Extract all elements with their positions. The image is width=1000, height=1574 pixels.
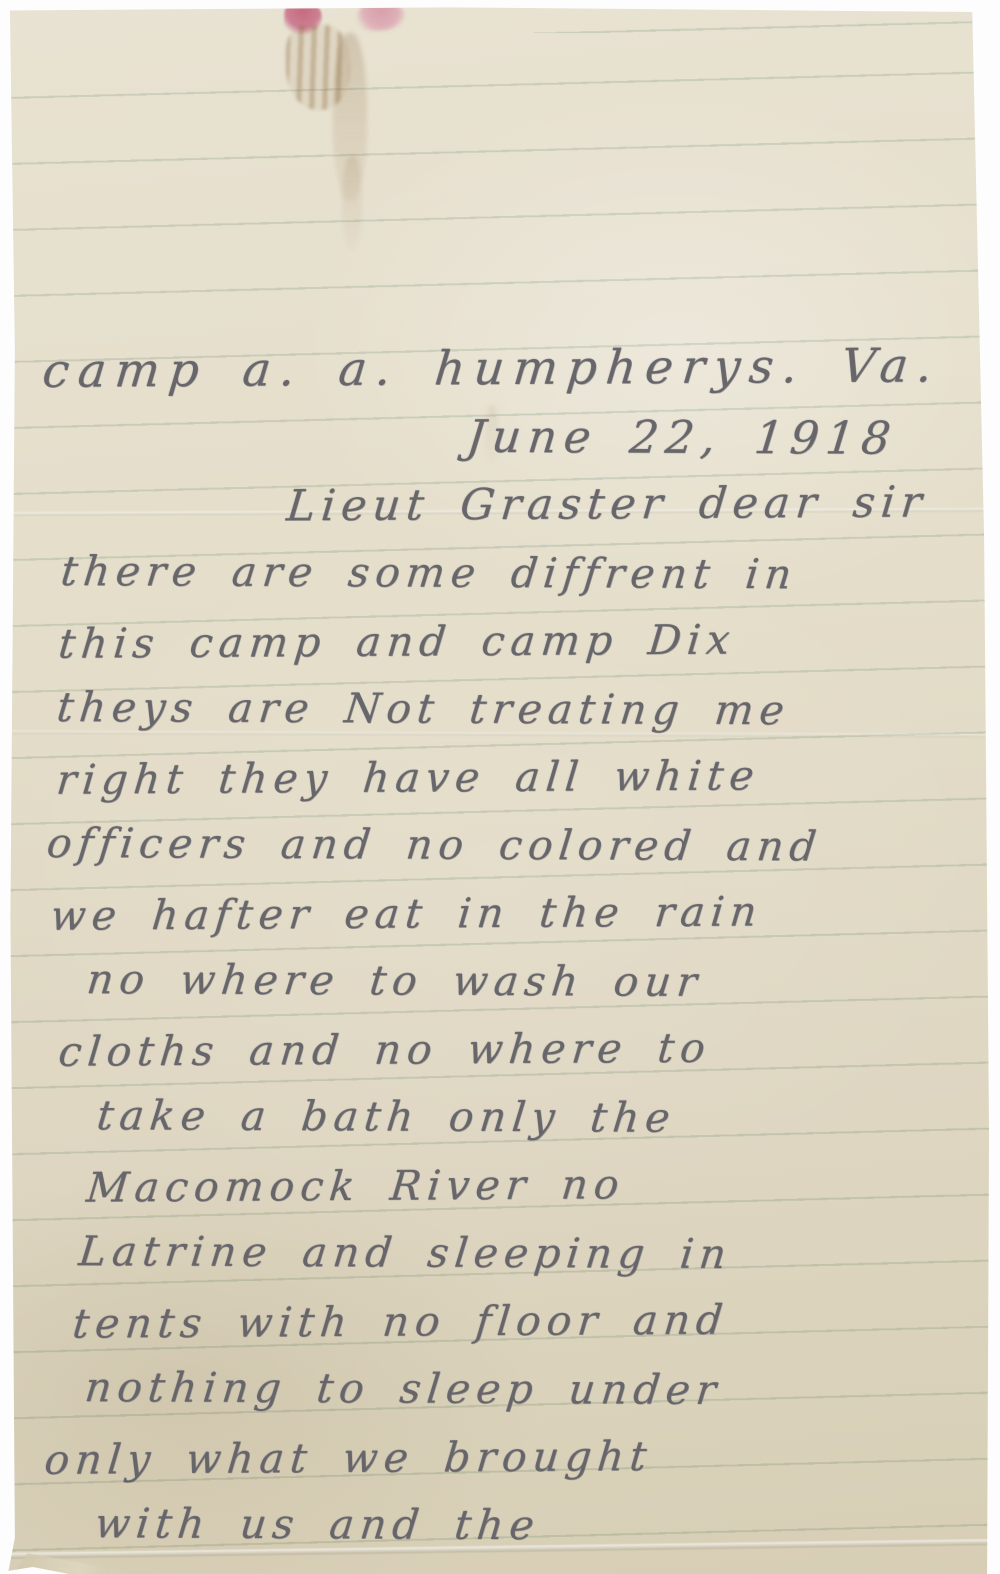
- letter-line: tents with no floor and: [25, 1284, 988, 1358]
- letter-line: Lieut Graster dear sir: [25, 468, 988, 542]
- letter-line: Macomock River no: [25, 1148, 988, 1222]
- letter-line: camp a. a. humpherys. Va.: [25, 332, 988, 406]
- letter-line: nothing to sleep under: [26, 1353, 989, 1425]
- letter-line: right they have all white: [25, 740, 988, 814]
- letter-paper: camp a. a. humpherys. Va.June 22, 1918Li…: [5, 5, 993, 1574]
- letter-line: this camp and camp Dix: [25, 604, 988, 678]
- letter-line: take a bath only the: [26, 1081, 989, 1153]
- letter-line: there are some diffrent in: [26, 537, 989, 609]
- letter-line: we hafter eat in the rain: [25, 876, 988, 950]
- letter-line: only what we brought: [25, 1420, 988, 1494]
- letter-line: no where to wash our: [26, 945, 989, 1017]
- letter-line: June 22, 1918: [26, 401, 989, 473]
- letter-line: theys are Not treating me: [26, 673, 989, 745]
- letter-body: camp a. a. humpherys. Va.June 22, 1918Li…: [29, 335, 985, 1559]
- letter-line: cloths and no where to: [25, 1012, 988, 1086]
- letter-line: officers and no colored and: [26, 809, 989, 881]
- letter-line: with us and the: [26, 1489, 989, 1561]
- letter-line: Latrine and sleeping in: [26, 1217, 989, 1289]
- photo-background: camp a. a. humpherys. Va.June 22, 1918Li…: [0, 0, 1000, 1574]
